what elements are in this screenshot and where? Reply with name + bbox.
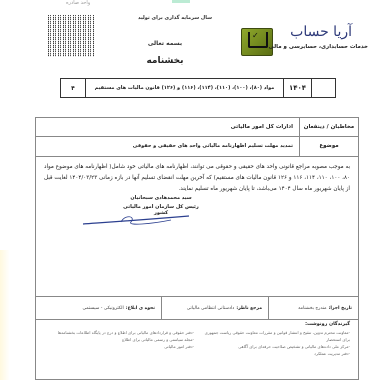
delivery-method-cell: نحوه ی ابلاغ: الکترونیکی - سیستمی — [36, 297, 161, 319]
subject-row: موضوع تمدید مهلت تسلیم اظهارنامه مالیاتی… — [36, 136, 358, 157]
signatory-name: سید محمدهادی سبحانیان — [116, 195, 206, 201]
recipients-label: مخاطبان / ذینفعان — [299, 118, 358, 136]
ref-year: ۱۴۰۴ — [283, 79, 311, 97]
year-slogan: سال سرمایه گذاری برای تولید — [120, 15, 230, 21]
supervisor-cell: مرجع ناظر: دادستانی انتظامی مالیاتی — [161, 297, 268, 319]
footer-info-row: تاریخ اجرا: مندرج بخشنامه مرجع ناظر: داد… — [36, 296, 358, 320]
edge-highlight — [0, 250, 10, 380]
brand-tagline: خدمات حسابداری، حسابرسی و مالی — [268, 44, 368, 50]
cc-item: -دفتر مدیریت عملکرد — [200, 350, 350, 357]
delivery-method-value: الکترونیکی - سیستمی — [82, 306, 123, 311]
basmala: بسمه تعالی — [130, 40, 200, 47]
supervisor-label: مرجع ناظر: — [236, 306, 262, 311]
cc-item: -معاونت محترم تدوین، تنقیح و انتشار قوان… — [200, 329, 350, 343]
cc-item: -مجله سیاستی و رسمی مالیاتی برای اطلاع — [44, 336, 194, 343]
execution-date-value: مندرج بخشنامه — [298, 306, 326, 311]
cc-item: -مرکز ملی داده‌های مالیاتی و تشخیص صلاحی… — [200, 343, 350, 350]
cc-item: -دفتر حقوقی و قراردادهای مالیاتی برای اط… — [44, 329, 194, 336]
reference-table: ۱۴۰۴ مواد (۸۰)، (۱۰۰)، (۱۱۰)، (۱۱۴)، (۱۱… — [60, 78, 336, 98]
top-green-mark — [172, 0, 190, 3]
checkmark-icon: ✓ — [252, 31, 259, 40]
ref-number: ۴ — [61, 79, 85, 97]
subject-label: موضوع — [299, 136, 358, 156]
ref-articles: مواد (۸۰)، (۱۰۰)، (۱۱۰)، (۱۱۴)، (۱۱۶) و … — [85, 79, 283, 97]
body-paragraph: به موجب مصوبه مراجع قانونی واحد های حقیق… — [44, 162, 350, 195]
delivery-method-label: نحوه ی ابلاغ: — [126, 306, 155, 311]
recipients-row: مخاطبان / ذینفعان ادارات کل امور مالیاتی — [36, 118, 358, 137]
execution-date-cell: تاریخ اجرا: مندرج بخشنامه — [268, 297, 358, 319]
document-type-title: بخشنامه — [130, 56, 200, 66]
supervisor-value: دادستانی انتظامی مالیاتی — [187, 306, 235, 311]
recipients-value: ادارات کل امور مالیاتی — [36, 118, 299, 136]
cc-title: گیرندگان رونوشت: — [305, 322, 350, 327]
execution-date-label: تاریخ اجرا: — [329, 306, 352, 311]
top-left-text: واحد صادره — [66, 0, 90, 6]
subject-value: تمدید مهلت تسلیم اظهارنامه مالیاتی واحد … — [36, 136, 299, 156]
cc-item: -دفتر امور مالیاتی — [44, 343, 194, 350]
ref-empty-cell — [311, 79, 335, 97]
brand-name: آریا حساب — [272, 24, 352, 40]
qr-code-icon — [48, 15, 94, 57]
cc-list-right: -معاونت محترم تدوین، تنقیح و انتشار قوان… — [200, 329, 350, 357]
circular-body-frame: مخاطبان / ذینفعان ادارات کل امور مالیاتی… — [35, 117, 359, 380]
cc-list-left: -دفتر حقوقی و قراردادهای مالیاتی برای اط… — [44, 329, 194, 350]
signature-icon — [81, 212, 191, 228]
